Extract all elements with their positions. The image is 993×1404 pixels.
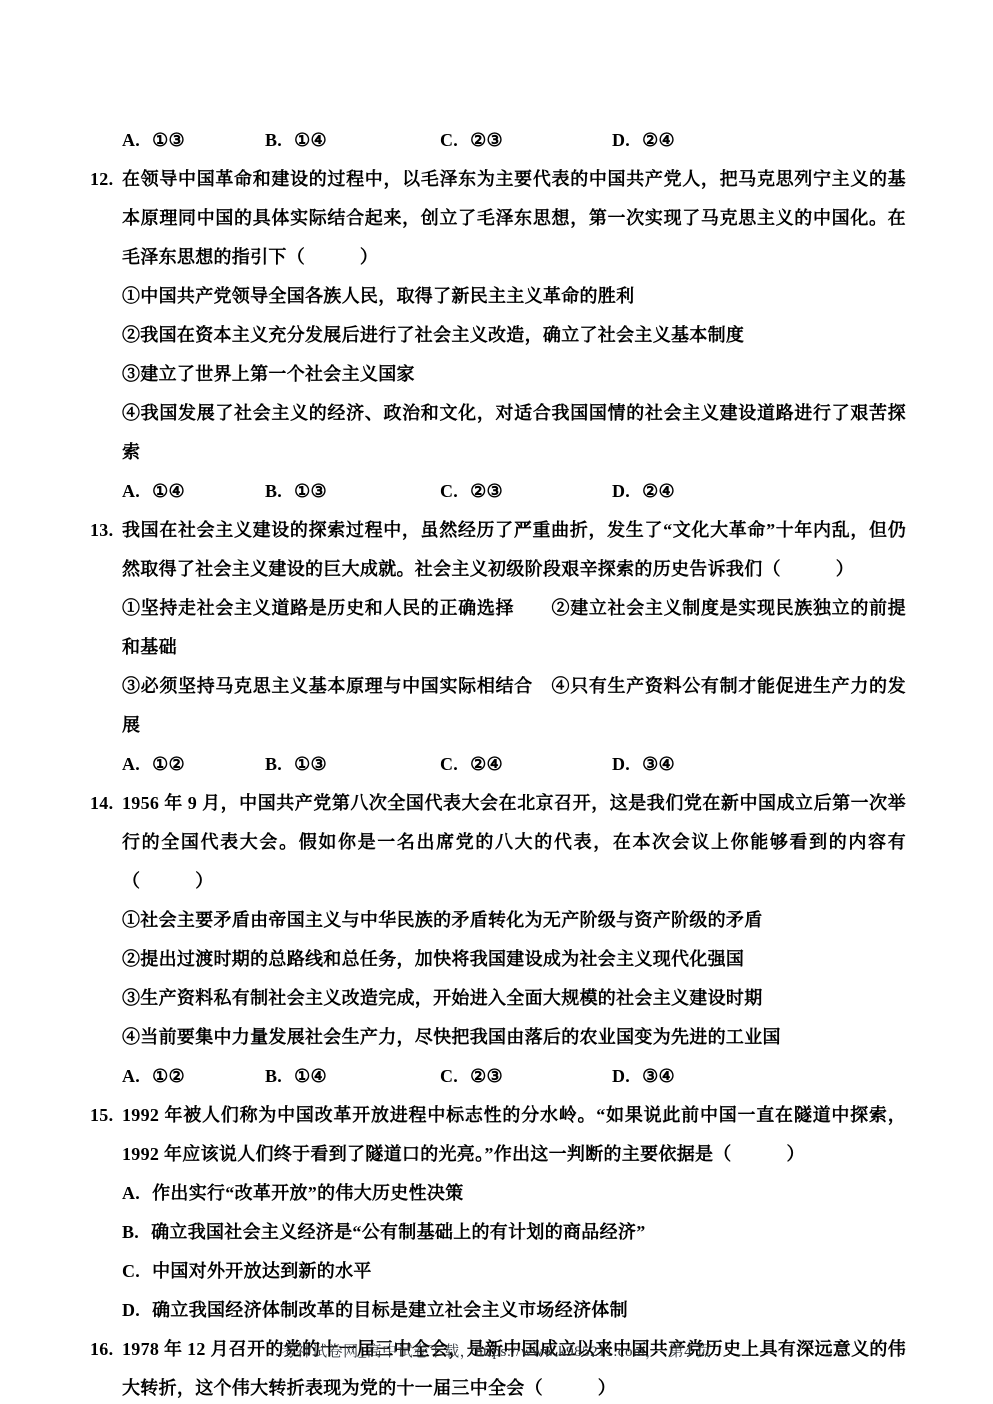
option-value: ②③ [470, 1066, 503, 1086]
option-value: ②④ [470, 754, 503, 774]
option-value: ①④ [152, 481, 185, 501]
question-stem: 在领导中国革命和建设的过程中，以毛泽东为主要代表的中国共产党人，把马克思列宁主义… [122, 160, 906, 277]
option-a: A.①③ [122, 121, 265, 160]
footer-site-text: 考神试卷网_高中试卷下载， [281, 1344, 475, 1360]
option-value: ①② [152, 754, 185, 774]
choice-label: A. [122, 1174, 140, 1213]
option-d: D.②④ [612, 121, 906, 160]
option-value: ①③ [152, 130, 185, 150]
question-12-options-row: A.①④ B.①③ C.②③ D.②④ [122, 472, 906, 511]
option-b: B.①④ [265, 1057, 440, 1096]
option-c: C.②③ [440, 472, 612, 511]
exam-page: A.①③ B.①④ C.②③ D.②④ 12. 在领导中国革命和建设的过程中，以… [0, 0, 993, 1404]
option-label: C. [440, 754, 458, 774]
option-d: D.③④ [612, 745, 906, 784]
option-label: D. [612, 130, 630, 150]
question-number: 14. [90, 784, 113, 823]
option-value: ③④ [642, 754, 675, 774]
option-value: ①③ [294, 481, 327, 501]
option-d: D.③④ [612, 1057, 906, 1096]
option-a: A.①② [122, 1057, 265, 1096]
question-stem: 我国在社会主义建设的探索过程中，虽然经历了严重曲折，发生了“文化大革命”十年内乱… [122, 511, 906, 589]
option-label: C. [440, 481, 458, 501]
question-13: 13. 我国在社会主义建设的探索过程中，虽然经历了严重曲折，发生了“文化大革命”… [90, 511, 906, 784]
option-a: A.①④ [122, 472, 265, 511]
option-value: ②④ [642, 481, 675, 501]
question-13-options-row: A.①② B.①③ C.②④ D.③④ [122, 745, 906, 784]
choice-d: D.确立我国经济体制改革的目标是建立社会主义市场经济体制 [122, 1291, 906, 1330]
choice-text: 中国对外开放达到新的水平 [152, 1252, 372, 1291]
option-value: ①③ [294, 754, 327, 774]
question-number: 15. [90, 1096, 113, 1135]
question-number: 13. [90, 511, 113, 550]
option-label: D. [612, 1066, 630, 1086]
option-label: D. [612, 481, 630, 501]
option-d: D.②④ [612, 472, 906, 511]
option-a: A.①② [122, 745, 265, 784]
option-label: B. [265, 481, 282, 501]
option-value: ①④ [294, 1066, 327, 1086]
question-14-options-row: A.①② B.①④ C.②③ D.③④ [122, 1057, 906, 1096]
option-value: ②③ [470, 130, 503, 150]
option-b: B.①③ [265, 745, 440, 784]
option-value: ③④ [642, 1066, 675, 1086]
question-item-1-2: ①坚持走社会主义道路是历史和人民的正确选择 ②建立社会主义制度是实现民族独立的前… [122, 589, 906, 667]
option-label: B. [265, 1066, 282, 1086]
choice-b: B.确立我国社会主义经济是“公有制基础上的有计划的商品经济” [122, 1213, 906, 1252]
choice-label: C. [122, 1252, 140, 1291]
option-value: ②④ [642, 130, 675, 150]
option-label: A. [122, 481, 140, 501]
option-label: D. [612, 754, 630, 774]
question-number: 12. [90, 160, 113, 199]
option-label: A. [122, 754, 140, 774]
option-c: C.②③ [440, 121, 612, 160]
choice-text: 确立我国经济体制改革的目标是建立社会主义市场经济体制 [152, 1291, 628, 1330]
option-label: A. [122, 1066, 140, 1086]
option-value: ②③ [470, 481, 503, 501]
option-label: B. [265, 130, 282, 150]
question-item-1: ①中国共产党领导全国各族人民，取得了新民主主义革命的胜利 [122, 277, 906, 316]
option-b: B.①③ [265, 472, 440, 511]
choice-a: A.作出实行“改革开放”的伟大历史性决策 [122, 1174, 906, 1213]
choice-label: D. [122, 1291, 140, 1330]
option-label: A. [122, 130, 140, 150]
option-label: C. [440, 1066, 458, 1086]
footer-page-number: ， 第4 页 [645, 1344, 712, 1360]
question-item-4: ④当前要集中力量发展社会生产力，尽快把我国由落后的农业国变为先进的工业国 [122, 1018, 906, 1057]
question-12: 12. 在领导中国革命和建设的过程中，以毛泽东为主要代表的中国共产党人，把马克思… [90, 160, 906, 511]
question-item-3-4: ③必须坚持马克思主义基本原理与中国实际相结合 ④只有生产资料公有制才能促进生产力… [122, 667, 906, 745]
choice-c: C.中国对外开放达到新的水平 [122, 1252, 906, 1291]
question-item-2: ②我国在资本主义充分发展后进行了社会主义改造，确立了社会主义基本制度 [122, 316, 906, 355]
choice-text: 确立我国社会主义经济是“公有制基础上的有计划的商品经济” [151, 1213, 645, 1252]
question-item-3: ③建立了世界上第一个社会主义国家 [122, 355, 906, 394]
page-footer: 考神试卷网_高中试卷下载，https://www.k985211.com， 第4… [0, 1340, 993, 1364]
exam-content: A.①③ B.①④ C.②③ D.②④ 12. 在领导中国革命和建设的过程中，以… [90, 121, 906, 1404]
option-c: C.②④ [440, 745, 612, 784]
option-label: B. [265, 754, 282, 774]
question-item-4: ④我国发展了社会主义的经济、政治和文化，对适合我国国情的社会主义建设道路进行了艰… [122, 394, 906, 472]
choice-text: 作出实行“改革开放”的伟大历史性决策 [152, 1174, 463, 1213]
option-value: ①② [152, 1066, 185, 1086]
question-11-options-row: A.①③ B.①④ C.②③ D.②④ [90, 121, 906, 160]
question-item-3: ③生产资料私有制社会主义改造完成，开始进入全面大规模的社会主义建设时期 [122, 979, 906, 1018]
question-item-1: ①社会主要矛盾由帝国主义与中华民族的矛盾转化为无产阶级与资产阶级的矛盾 [122, 901, 906, 940]
question-item-2: ②提出过渡时期的总路线和总任务，加快将我国建设成为社会主义现代化强国 [122, 940, 906, 979]
option-b: B.①④ [265, 121, 440, 160]
option-label: C. [440, 130, 458, 150]
option-c: C.②③ [440, 1057, 612, 1096]
question-15: 15. 1992 年被人们称为中国改革开放进程中标志性的分水岭。“如果说此前中国… [90, 1096, 906, 1330]
question-stem: 1992 年被人们称为中国改革开放进程中标志性的分水岭。“如果说此前中国一直在隧… [122, 1096, 906, 1174]
question-14: 14. 1956 年 9 月，中国共产党第八次全国代表大会在北京召开，这是我们党… [90, 784, 906, 1096]
footer-url[interactable]: https://www.k985211.com [475, 1344, 645, 1360]
option-value: ①④ [294, 130, 327, 150]
choice-label: B. [122, 1213, 139, 1252]
question-stem: 1956 年 9 月，中国共产党第八次全国代表大会在北京召开，这是我们党在新中国… [122, 784, 906, 901]
